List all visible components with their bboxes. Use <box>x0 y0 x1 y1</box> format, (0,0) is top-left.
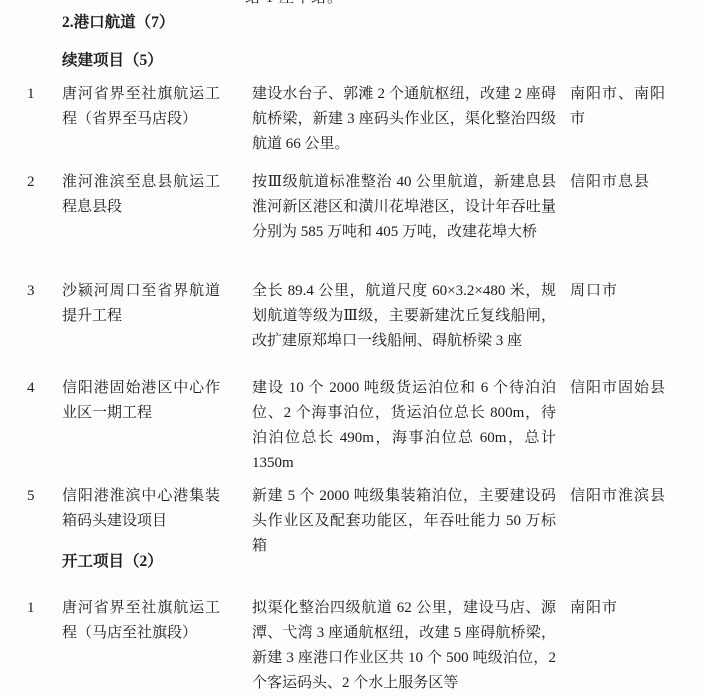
project-name: 唐河省界至社旗航运工程（马店至社旗段） <box>62 596 220 646</box>
project-name: 淮河淮滨至息县航运工程息县段 <box>62 170 220 220</box>
project-location: 信阳市固始县 <box>570 376 668 401</box>
row-number: 3 <box>27 279 47 304</box>
row-number: 5 <box>27 484 47 509</box>
project-name: 信阳港固始港区中心作业区一期工程 <box>62 376 220 426</box>
row-number: 1 <box>27 82 47 107</box>
project-location: 信阳市淮滨县 <box>570 484 668 509</box>
project-name: 信阳港淮滨中心港集装箱码头建设项目 <box>62 484 220 534</box>
project-description: 新建 5 个 2000 吨级集装箱泊位，主要建设码头作业区及配套功能区，年吞吐能… <box>252 484 556 559</box>
project-location: 信阳市息县 <box>570 170 668 195</box>
section-heading: 2.港口航道（7） <box>62 10 174 35</box>
project-description: 按Ⅲ级航道标准整治 40 公里航道，新建息县淮河新区港区和潢川花埠港区，设计年吞… <box>252 170 556 245</box>
clipped-previous-line: 站 1 座车站。 <box>245 0 343 7</box>
project-location: 周口市 <box>570 279 668 304</box>
group-heading-continuing-projects: 续建项目（5） <box>62 48 163 73</box>
project-name: 沙颍河周口至省界航道提升工程 <box>62 279 220 329</box>
project-location: 南阳市 <box>570 596 668 621</box>
project-name: 唐河省界至社旗航运工程（省界至马店段） <box>62 82 220 132</box>
project-description: 建设水台子、郭滩 2 个通航枢纽，改建 2 座碍航桥梁，新建 3 座码头作业区，… <box>252 82 556 157</box>
row-number: 1 <box>27 596 47 621</box>
row-number: 2 <box>27 170 47 195</box>
project-description: 全长 89.4 公里，航道尺度 60×3.2×480 米，规划航道等级为Ⅲ级，主… <box>252 279 556 354</box>
group-heading-new-start-projects: 开工项目（2） <box>62 549 163 574</box>
project-description: 拟渠化整治四级航道 62 公里，建设马店、源潭、弋湾 3 座通航枢纽，改建 5 … <box>252 596 556 696</box>
project-description: 建设 10 个 2000 吨级货运泊位和 6 个待泊泊位、2 个海事泊位，货运泊… <box>252 376 556 476</box>
project-location: 南阳市、南阳市 <box>570 82 668 132</box>
document-page: 站 1 座车站。 2.港口航道（7） 续建项目（5） 1 唐河省界至社旗航运工程… <box>0 0 704 696</box>
row-number: 4 <box>27 376 47 401</box>
